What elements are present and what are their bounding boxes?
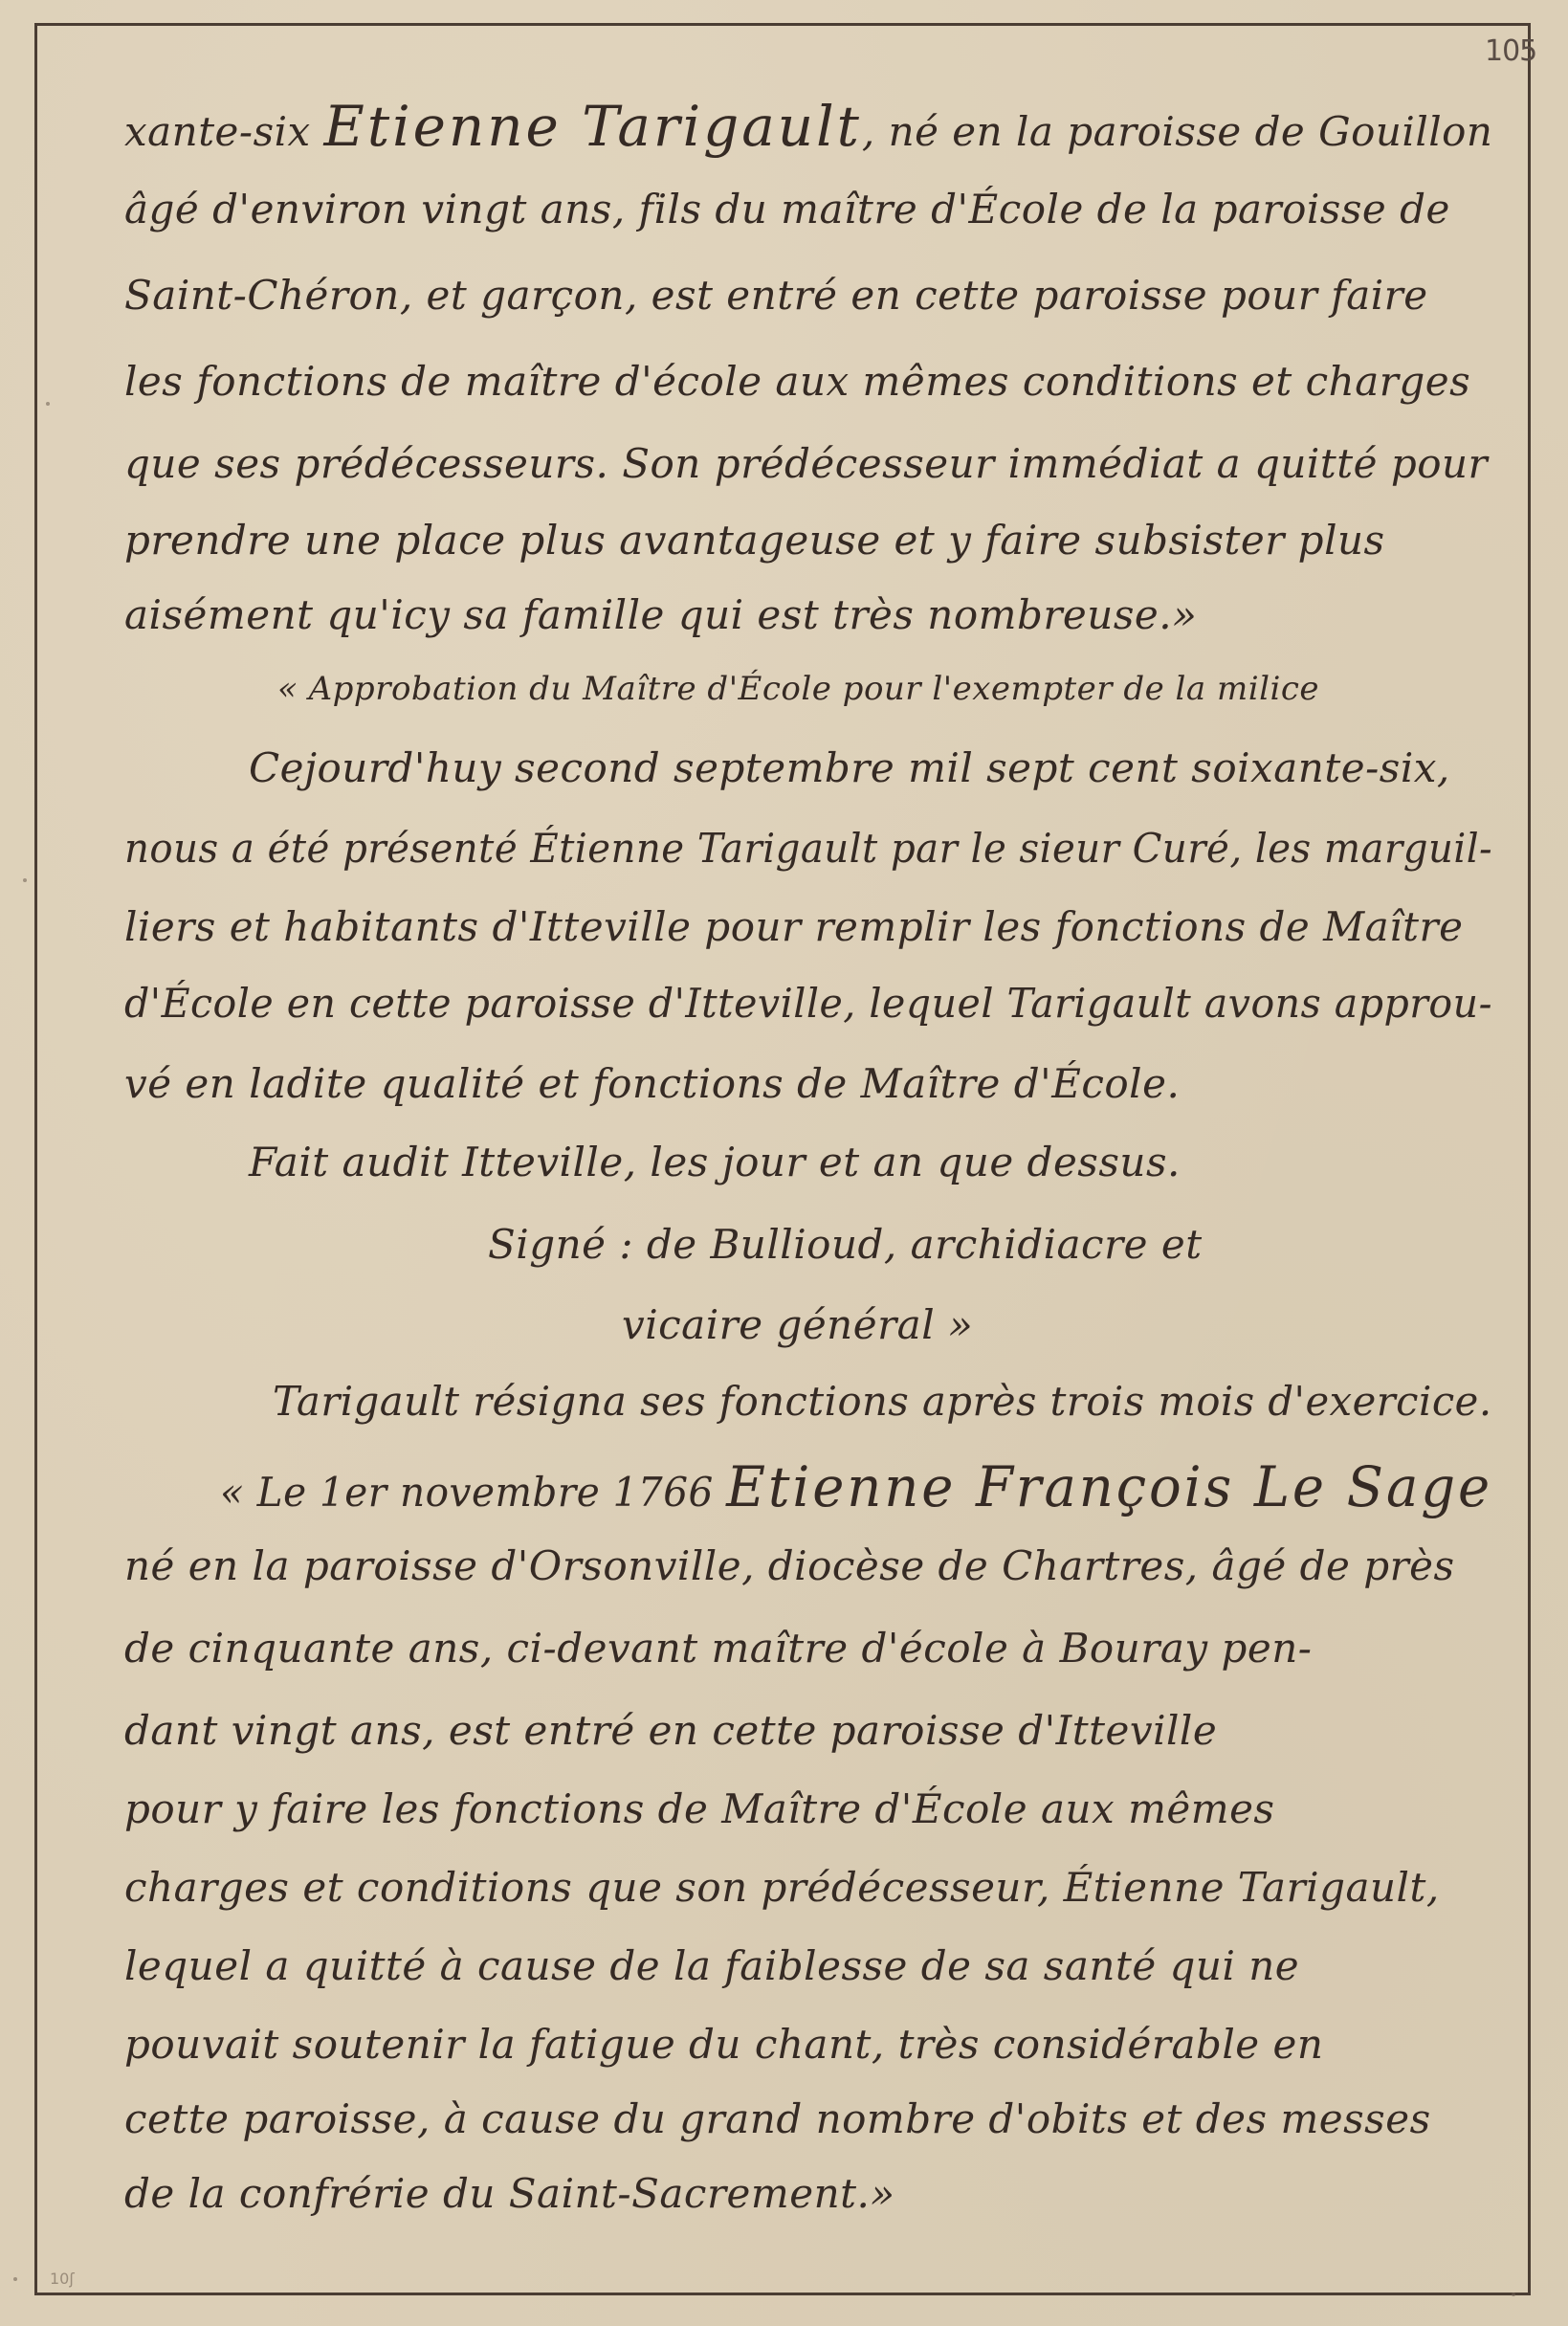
manuscript-line: âgé d'environ vingt ans, fils du maître … bbox=[124, 186, 1450, 233]
signature-line: Signé : de Bullioud, archidiacre et bbox=[488, 1221, 1203, 1268]
manuscript-line: que ses prédécesseurs. Son prédécesseur … bbox=[124, 440, 1488, 487]
manuscript-line: Tarigault résigna ses fonctions après tr… bbox=[273, 1378, 1492, 1425]
manuscript-line: pouvait soutenir la fatigue du chant, tr… bbox=[124, 2021, 1323, 2068]
manuscript-line: les fonctions de maître d'école aux même… bbox=[124, 358, 1470, 405]
manuscript-line: nous a été présenté Étienne Tarigault pa… bbox=[124, 825, 1492, 872]
manuscript-line: aisément qu'icy sa famille qui est très … bbox=[124, 591, 1197, 638]
manuscript-line: Fait audit Itteville, les jour et an que… bbox=[249, 1139, 1181, 1185]
manuscript-line: « Le 1er novembre 1766 Etienne François … bbox=[220, 1454, 1492, 1519]
paper-speck bbox=[13, 2277, 17, 2281]
manuscript-line: vé en ladite qualité et fonctions de Maî… bbox=[124, 1060, 1180, 1107]
manuscript-line: cette paroisse, à cause du grand nombre … bbox=[124, 2095, 1431, 2142]
manuscript-line: né en la paroisse d'Orsonville, diocèse … bbox=[124, 1542, 1455, 1589]
line-text: « Le 1er novembre 1766 bbox=[220, 1469, 726, 1516]
name-etienne-francois-le-sage: Etienne François Le Sage bbox=[726, 1454, 1492, 1519]
manuscript-line: lequel a quitté à cause de la faiblesse … bbox=[124, 1942, 1299, 1989]
manuscript-body: xante-six Etienne Tarigault, né en la pa… bbox=[0, 0, 1568, 2326]
paper-speck bbox=[46, 402, 50, 406]
name-etienne-tarigault: Etienne Tarigault bbox=[324, 94, 862, 159]
line-text: , né en la paroisse de Gouillon bbox=[862, 108, 1493, 155]
manuscript-line: liers et habitants d'Itteville pour remp… bbox=[124, 903, 1463, 950]
manuscript-line: pour y faire les fonctions de Maître d'É… bbox=[124, 1785, 1275, 1832]
manuscript-line: de cinquante ans, ci-devant maître d'éco… bbox=[124, 1625, 1312, 1672]
manuscript-line: Cejourd'huy second septembre mil sept ce… bbox=[249, 744, 1450, 791]
approbation-heading: « Approbation du Maître d'École pour l'e… bbox=[277, 670, 1319, 708]
manuscript-line: xante-six Etienne Tarigault, né en la pa… bbox=[124, 94, 1482, 159]
manuscript-line: de la confrérie du Saint-Sacrement.» bbox=[124, 2170, 895, 2217]
manuscript-line: dant vingt ans, est entré en cette paroi… bbox=[124, 1707, 1217, 1754]
manuscript-line: charges et conditions que son prédécesse… bbox=[124, 1864, 1440, 1911]
manuscript-line: prendre une place plus avantageuse et y … bbox=[124, 517, 1385, 564]
paper-speck bbox=[23, 878, 27, 882]
manuscript-line: d'École en cette paroisse d'Itteville, l… bbox=[124, 980, 1492, 1027]
manuscript-line: Saint-Chéron, et garçon, est entré en ce… bbox=[124, 272, 1428, 319]
signature-title: vicaire général » bbox=[622, 1301, 973, 1348]
paper-speck bbox=[1512, 2293, 1515, 2296]
line-text: xante-six bbox=[124, 108, 324, 155]
